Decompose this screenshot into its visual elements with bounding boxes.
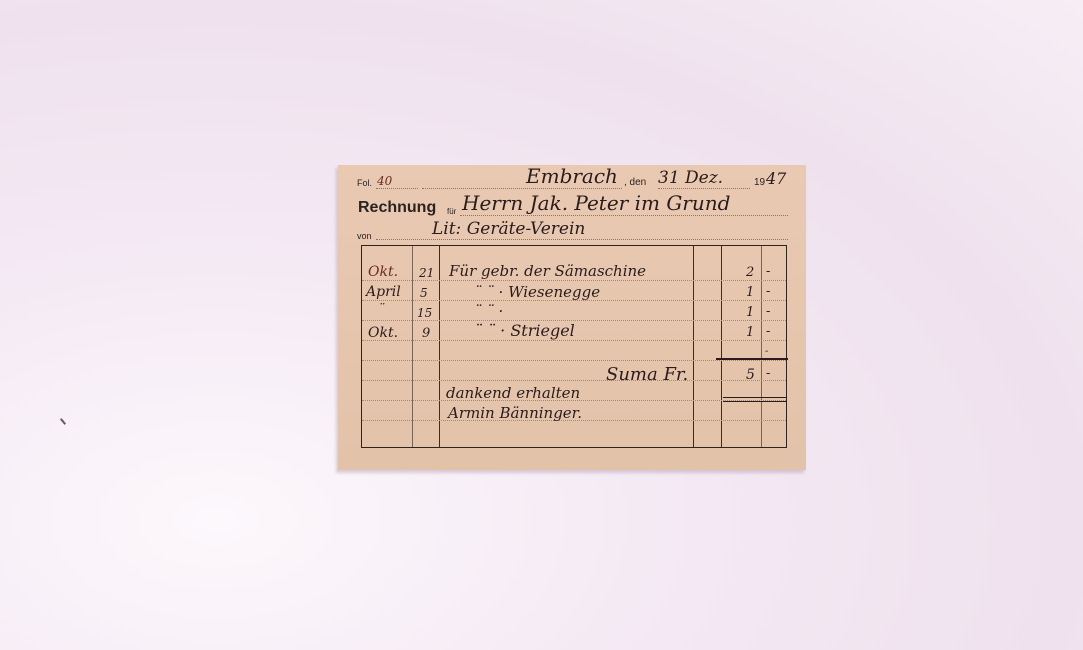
- ruled-line: [362, 360, 786, 361]
- item-rappen: -: [766, 264, 770, 279]
- column-divider-description: [693, 246, 694, 447]
- item-description: ¨ ¨ ·: [474, 302, 503, 320]
- item-description: Für gebr. der Sämaschine: [449, 262, 646, 280]
- subtotal-rappen-mark: -: [765, 346, 768, 357]
- item-day: 21: [419, 266, 434, 280]
- ruled-line: [362, 380, 786, 381]
- sender-dotline: [376, 239, 788, 240]
- column-divider-francs: [721, 246, 722, 447]
- total-label: Suma Fr.: [606, 364, 688, 385]
- ruled-line: [362, 280, 786, 281]
- recipient-dotline: [460, 215, 788, 216]
- item-rappen: -: [766, 304, 770, 319]
- place-dotline: [422, 188, 622, 189]
- invoice-title: Rechnung: [358, 199, 436, 217]
- items-table: Okt. 21 Für gebr. der Sämaschine 2 - Apr…: [361, 245, 787, 448]
- column-divider-rappen: [761, 246, 762, 447]
- background-speck: [60, 418, 66, 425]
- date-label: , den: [624, 177, 646, 188]
- item-francs: 2: [746, 265, 754, 280]
- date-value: 31 Dez.: [658, 168, 723, 188]
- total-double-rule-bottom: [723, 401, 787, 402]
- folio-dotline: [376, 188, 418, 189]
- receipt-note-line1: dankend erhalten: [446, 384, 580, 402]
- date-dotline: [658, 188, 750, 189]
- recipient-name: Herrn Jak. Peter im Grund: [462, 191, 730, 215]
- item-francs: 1: [746, 305, 754, 320]
- receipt-signature: Armin Bänninger.: [448, 404, 582, 422]
- year-prefix: 19: [754, 177, 765, 188]
- item-description: ¨ ¨ · Wiesenegge: [474, 283, 600, 301]
- item-rappen: -: [766, 284, 770, 299]
- folio-value: 40: [377, 174, 392, 188]
- folio-label: Fol.: [357, 178, 372, 188]
- item-day: 15: [417, 306, 432, 320]
- sender-name: Lit: Geräte-Verein: [432, 219, 585, 239]
- item-month: Okt.: [368, 264, 398, 280]
- total-francs: 5: [746, 367, 755, 383]
- item-month: April: [366, 284, 401, 300]
- subtotal-rule: [716, 358, 788, 360]
- item-day: 5: [420, 286, 428, 300]
- item-month: ¨: [378, 302, 385, 317]
- total-rappen: -: [766, 366, 770, 381]
- year-suffix: 47: [766, 169, 786, 188]
- invoice-card: Fol. 40 Embrach , den 31 Dez. 19 47 Rech…: [338, 165, 806, 470]
- column-divider-day: [439, 246, 440, 447]
- item-francs: 1: [746, 325, 754, 340]
- item-month: Okt.: [368, 325, 398, 341]
- place-text: Embrach: [526, 164, 618, 188]
- item-francs: 1: [746, 285, 754, 300]
- column-divider-month: [412, 246, 413, 447]
- item-description: ¨ ¨ · Striegel: [474, 321, 575, 340]
- for-label: für: [447, 207, 456, 216]
- total-double-rule-top: [723, 397, 787, 398]
- item-rappen: -: [766, 324, 770, 339]
- item-day: 9: [422, 326, 430, 341]
- from-label: von: [357, 231, 372, 241]
